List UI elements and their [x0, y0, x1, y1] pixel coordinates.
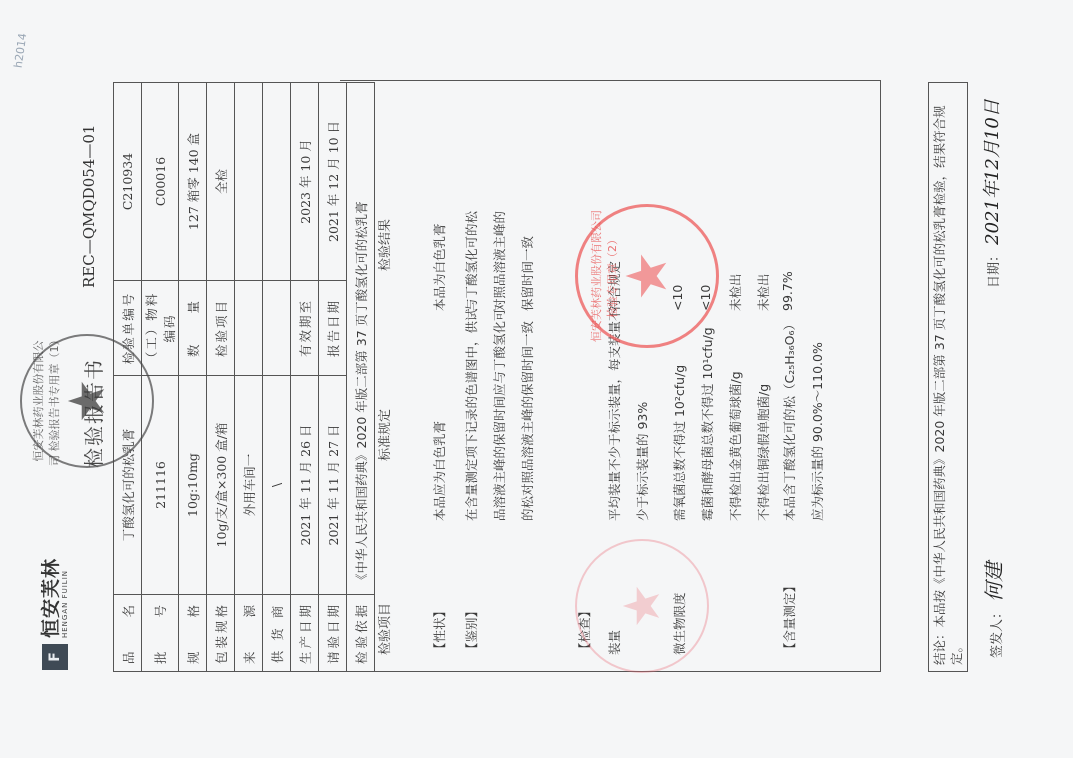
- info-cell-v2: 全检: [207, 83, 235, 281]
- standard-line: 不得检出铜绿假单胞菌/g: [754, 384, 772, 521]
- info-row: 包装规格10g/支/盒×300 盒/箱检验项目全检: [207, 83, 235, 672]
- info-cell-v2: 127 箱零 140 盒: [179, 83, 207, 281]
- signer-signature: 何建: [982, 562, 1006, 602]
- date-label: 日期：: [987, 249, 1002, 288]
- info-cell-v2: C210934: [114, 83, 142, 281]
- star-icon: ★: [58, 379, 116, 424]
- handwritten-mark: h2014: [12, 32, 30, 68]
- info-cell-v1: 外用车间一: [235, 376, 263, 595]
- section-item: 【含量测定】: [780, 580, 798, 655]
- info-table: 品 名丁酸氢化可的松乳膏检验单编号C210934批 号211116（工）物料编码…: [113, 82, 375, 672]
- standard-line: 应为标示量的 90.0%～110.0%: [808, 342, 826, 521]
- standard-line: 品溶液主峰的保留时间应与丁酸氢化可: [490, 308, 508, 521]
- logo-cn: 恒安芙林: [41, 558, 61, 638]
- standard-line: 的松对照品溶液主峰的保留时间一致: [518, 321, 536, 521]
- standard-line: 本品含丁酸氢化可的松（C₂₅H₃₆O₆）: [780, 318, 798, 521]
- gray-company-seal: 恒安芙林药业股份有限公司 检验报告书专用章（1） ★: [20, 334, 154, 468]
- result-line: 99.7%: [780, 271, 795, 311]
- header-item: 检验项目: [374, 603, 393, 655]
- info-row: 供 货 商\: [263, 83, 291, 672]
- result-line: 保留时间一致: [518, 236, 536, 311]
- result-line: 对照品溶液主峰的: [490, 211, 508, 311]
- header-standard: 标准规定: [374, 409, 393, 461]
- company-logo: F 恒安芙林 HENGAN FUILIN: [38, 558, 72, 670]
- info-cell-v2: [263, 83, 291, 281]
- faint-red-seal: ★: [575, 539, 709, 673]
- document-number: REC—QMQD054—01: [80, 125, 98, 288]
- result-line: 未检出: [726, 273, 744, 311]
- info-cell-l2: [235, 281, 263, 376]
- logo-mark-icon: F: [42, 644, 68, 670]
- info-cell-l1: 包装规格: [207, 595, 235, 672]
- signer: 签发人： 何建: [978, 562, 1007, 658]
- info-cell-l2: （工）物料编码: [142, 281, 179, 376]
- inspection-report-page: h2014 F 恒安芙林 HENGAN FUILIN 检验报告书 REC—QMQ…: [0, 0, 1073, 758]
- date-handwritten: 2021年12月10日: [982, 99, 1003, 245]
- standard-line: 霉菌和酵母菌总数不得过 10¹cfu/g: [698, 327, 716, 521]
- info-cell-v2: C00016: [142, 83, 179, 281]
- section-item: 【鉴别】: [462, 605, 480, 655]
- red-inspection-seal: 恒安芙林药业股份有限公司 检验专用章（2） ★: [575, 204, 719, 348]
- result-line: 未检出: [754, 273, 772, 311]
- info-cell-l1: 来 源: [235, 595, 263, 672]
- info-cell-v1: 10g:10mg: [179, 376, 207, 595]
- info-cell-v1: \: [263, 376, 291, 595]
- info-cell-l1: 生产日期: [291, 595, 319, 672]
- info-cell-v2: 2023 年 10 月: [291, 83, 319, 281]
- info-row: 生产日期2021 年 11 月 26 日有效期至2023 年 10 月: [291, 83, 319, 672]
- section-item: 【性状】: [430, 605, 448, 655]
- logo-en: HENGAN FUILIN: [61, 558, 69, 638]
- standard-line: 少于标示装量的 93%: [633, 402, 651, 521]
- info-cell-l2: 检验项目: [207, 281, 235, 376]
- seal-text: 恒安芙林药业股份有限公司 检验报告书专用章（1）: [30, 336, 62, 466]
- conclusion-box: 结论：本品按《中华人民共和国药典》2020 年版二部第 37 页丁酸氢化可的松乳…: [928, 82, 968, 672]
- info-cell-l2: [263, 281, 291, 376]
- result-line: 本品为白色乳膏: [430, 223, 448, 311]
- info-cell-v1: 10g/支/盒×300 盒/箱: [207, 376, 235, 595]
- info-cell-l2: 数 量: [179, 281, 207, 376]
- info-cell-l1: 批 号: [142, 595, 179, 672]
- info-row: 来 源外用车间一: [235, 83, 263, 672]
- info-cell-l1: 品 名: [114, 595, 142, 672]
- star-icon: ★: [613, 584, 671, 629]
- sign-date: 日期： 2021年12月10日: [978, 99, 1004, 288]
- standard-line: 需氧菌总数不得过 10²cfu/g: [670, 365, 688, 521]
- signer-label: 签发人：: [990, 606, 1005, 658]
- standard-line: 不得检出金黄色葡萄球菌/g: [726, 371, 744, 521]
- info-cell-v2: [235, 83, 263, 281]
- info-cell-l2: 有效期至: [291, 281, 319, 376]
- seal-text: 恒安芙林药业股份有限公司 检验专用章（2）: [588, 207, 620, 345]
- info-cell-l1: 供 货 商: [263, 595, 291, 672]
- info-cell-v1: 2021 年 11 月 26 日: [291, 376, 319, 595]
- info-cell-l1: 规 格: [179, 595, 207, 672]
- info-row: 规 格10g:10mg数 量127 箱零 140 盒: [179, 83, 207, 672]
- result-line: 与丁酸氢化可的松: [462, 211, 480, 311]
- standard-line: 在含量测定项下记录的色谱图中，供试: [462, 308, 480, 521]
- standard-line: 本品应为白色乳膏: [430, 421, 448, 521]
- header-result: 检验结果: [374, 219, 393, 271]
- star-icon: ★: [615, 251, 680, 301]
